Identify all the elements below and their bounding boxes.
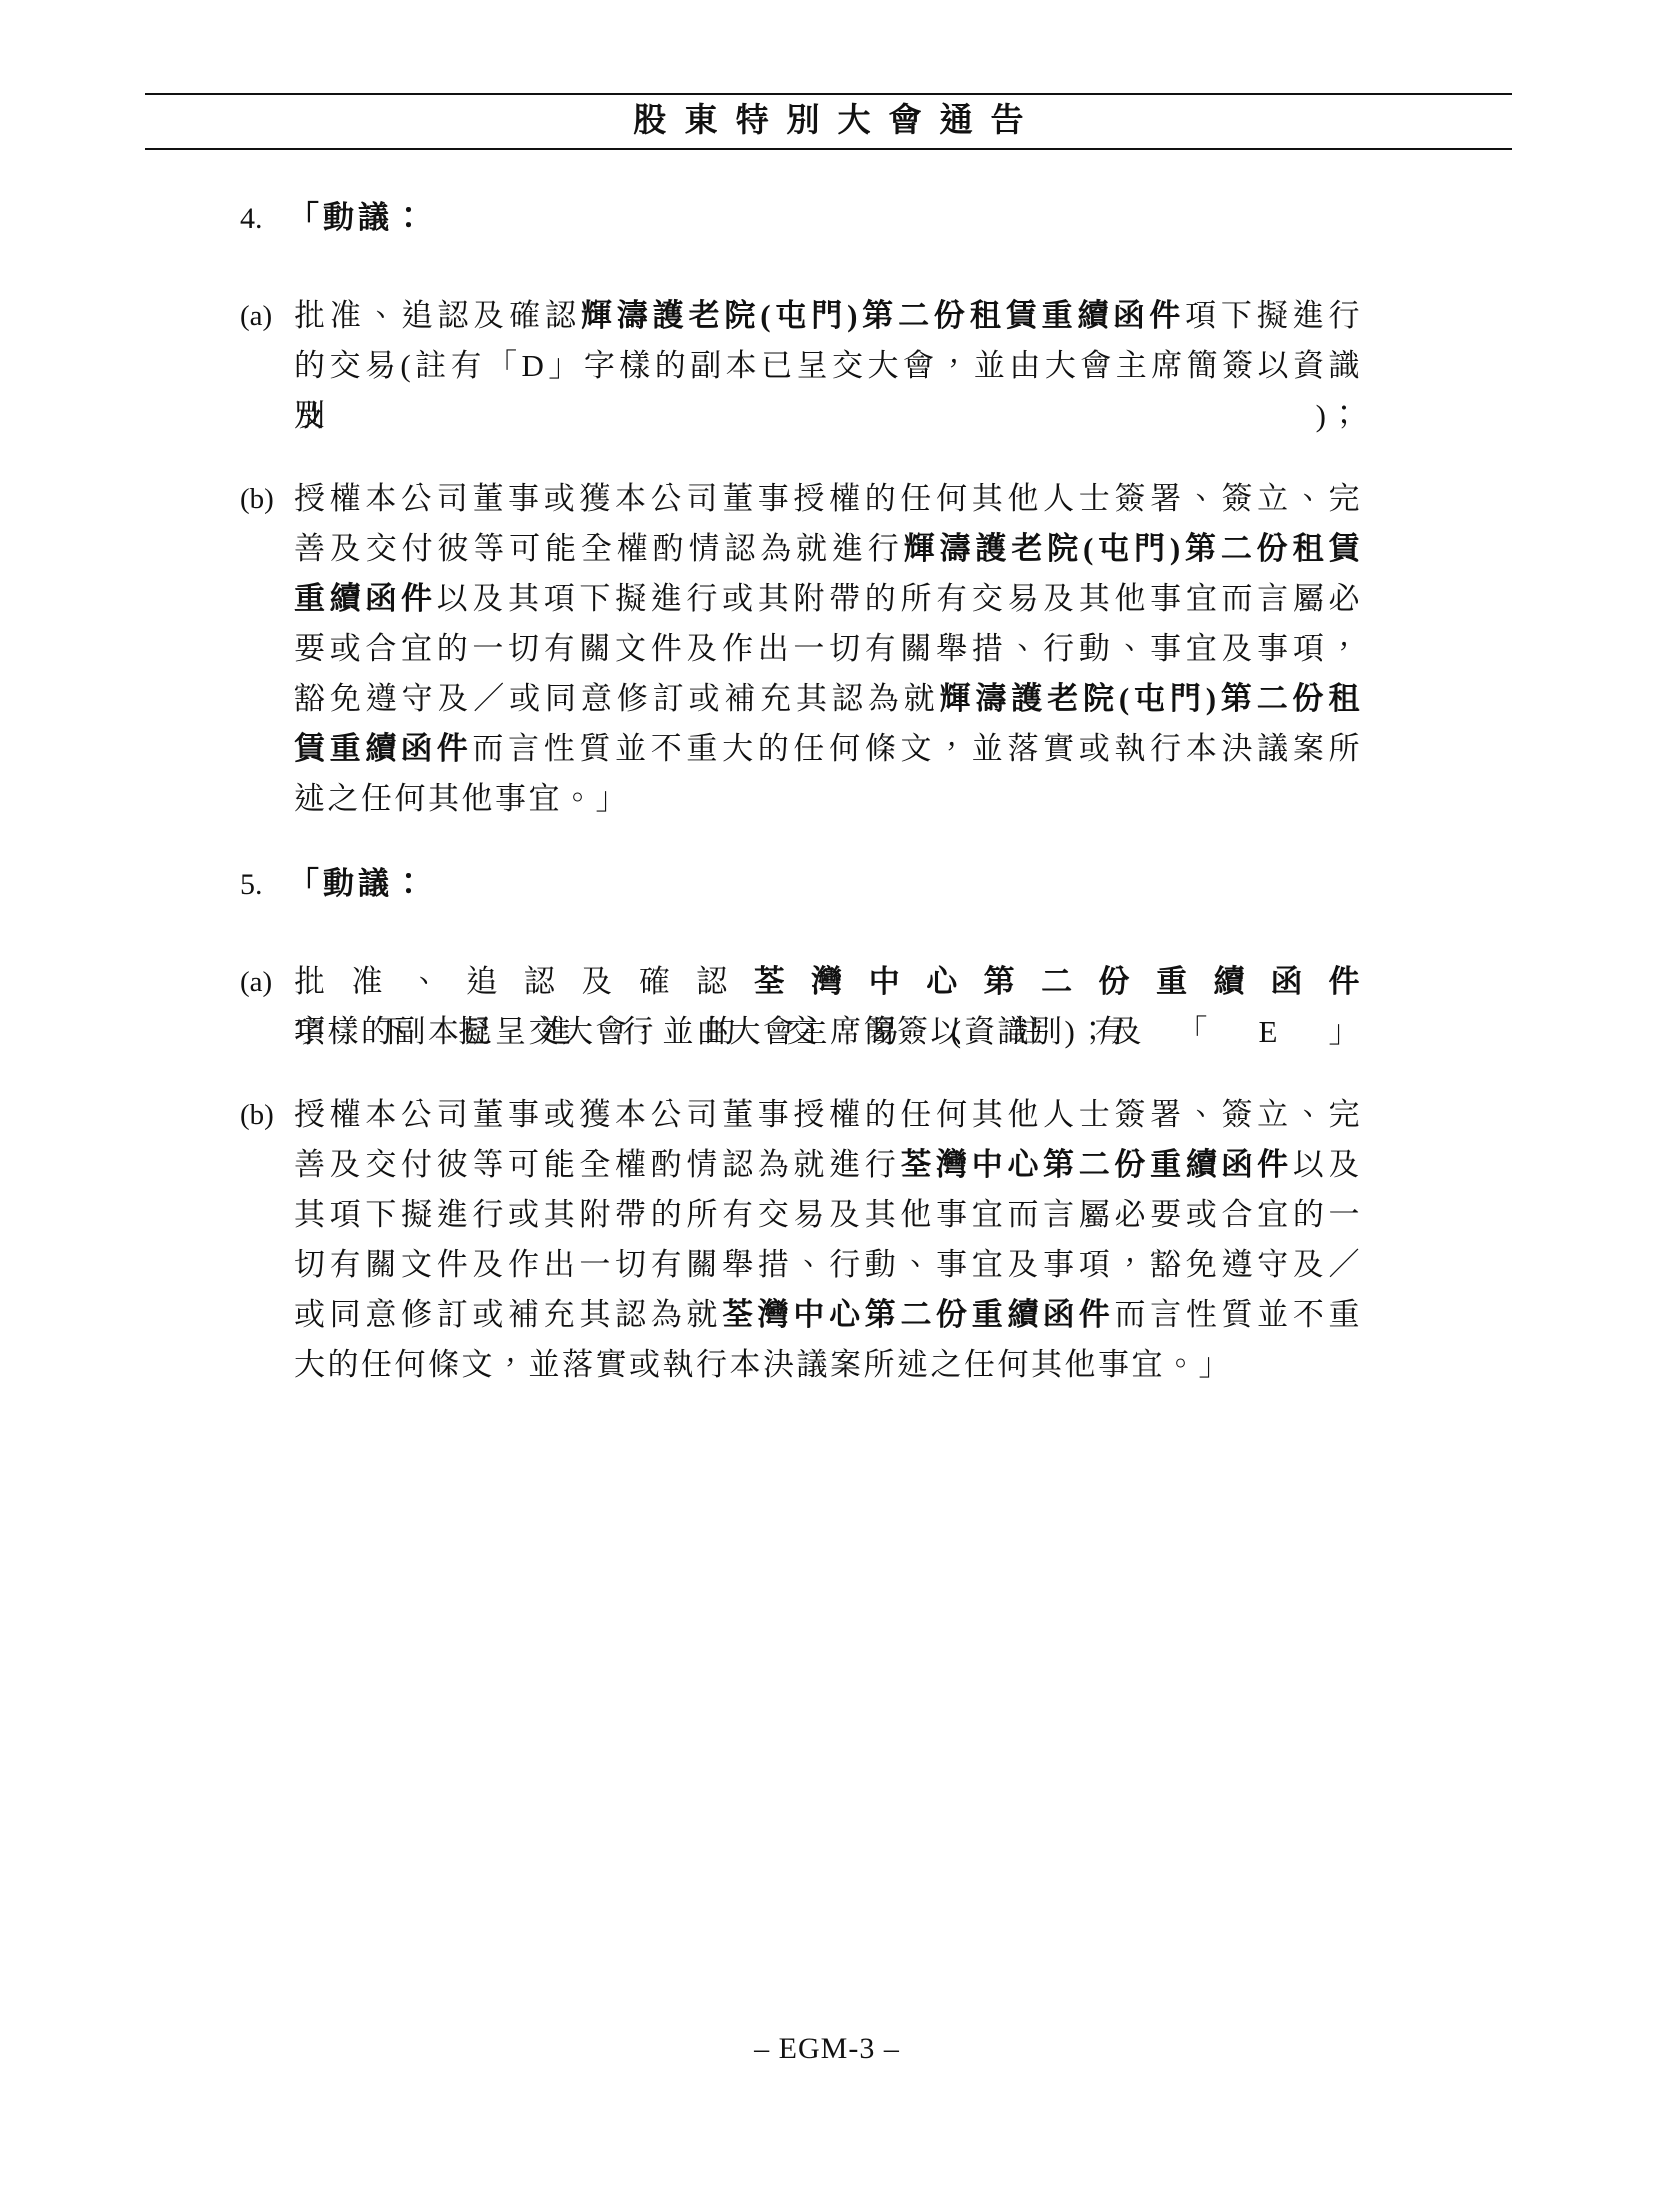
text-line: 的交易(註有「D」字樣的副本已呈交大會，並由大會主席簡簽以資識別)； — [294, 341, 1362, 391]
text-line: 批准、追認及確認輝濤護老院(屯門)第二份租賃重續函件項下擬進行 — [294, 291, 1362, 341]
text-line: 大的任何條文，並落實或執行本決議案所述之任何其他事宜。」 — [294, 1340, 1362, 1390]
resolution-5-title: 「動議： — [288, 866, 428, 901]
item-b-text: 授權本公司董事或獲本公司董事授權的任何其他人士簽署、簽立、完 善及交付彼等可能全… — [294, 1090, 1362, 1390]
resolution-4-title: 「動議： — [288, 200, 428, 235]
item-a-label: (a) — [240, 957, 294, 1057]
document-page: 股東特別大會通告 4.「動議： (a) 批准、追認及確認輝濤護老院(屯門)第二份… — [0, 0, 1654, 2205]
text-line: 切有關文件及作出一切有關舉措、行動、事宜及事項，豁免遵守及／ — [294, 1240, 1362, 1290]
resolution-4-item-a: (a) 批准、追認及確認輝濤護老院(屯門)第二份租賃重續函件項下擬進行 的交易(… — [240, 291, 1460, 441]
item-a-text: 批准、追認及確認輝濤護老院(屯門)第二份租賃重續函件項下擬進行 的交易(註有「D… — [294, 291, 1362, 441]
page-number: – EGM-3 – — [754, 2032, 900, 2065]
text-line: 豁免遵守及／或同意修訂或補充其認為就輝濤護老院(屯門)第二份租 — [294, 674, 1362, 724]
item-a-label: (a) — [240, 291, 294, 441]
resolution-5-item-a: (a) 批准、追認及確認荃灣中心第二份重續函件項下擬進行的交易(註有「E」 字樣… — [240, 957, 1460, 1057]
document-header: 股東特別大會通告 — [145, 93, 1512, 150]
page-title: 股東特別大會通告 — [145, 95, 1512, 148]
text-line: 賃重續函件而言性質並不重大的任何條文，並落實或執行本決議案所 — [294, 724, 1362, 774]
text-line: 或同意修訂或補充其認為就荃灣中心第二份重續函件而言性質並不重 — [294, 1290, 1362, 1340]
item-b-text: 授權本公司董事或獲本公司董事授權的任何其他人士簽署、簽立、完 善及交付彼等可能全… — [294, 474, 1362, 824]
resolution-5: 5.「動議： (a) 批准、追認及確認荃灣中心第二份重續函件項下擬進行的交易(註… — [240, 859, 1460, 1390]
resolution-5-heading-row: 5.「動議： — [240, 859, 1460, 910]
resolution-4-heading-row: 4.「動議： — [240, 193, 1460, 244]
page-footer: – EGM-3 – — [0, 2032, 1654, 2066]
text-line: 授權本公司董事或獲本公司董事授權的任何其他人士簽署、簽立、完 — [294, 474, 1362, 524]
text-line: 善及交付彼等可能全權酌情認為就進行荃灣中心第二份重續函件以及 — [294, 1140, 1362, 1190]
resolution-4: 4.「動議： (a) 批准、追認及確認輝濤護老院(屯門)第二份租賃重續函件項下擬… — [240, 193, 1460, 824]
text-line: 其項下擬進行或其附帶的所有交易及其他事宜而言屬必要或合宜的一 — [294, 1190, 1362, 1240]
resolution-5-item-b: (b) 授權本公司董事或獲本公司董事授權的任何其他人士簽署、簽立、完 善及交付彼… — [240, 1090, 1460, 1390]
text-line: 善及交付彼等可能全權酌情認為就進行輝濤護老院(屯門)第二份租賃 — [294, 524, 1362, 574]
item-b-label: (b) — [240, 1090, 294, 1390]
resolution-4-item-b: (b) 授權本公司董事或獲本公司董事授權的任何其他人士簽署、簽立、完 善及交付彼… — [240, 474, 1460, 824]
text-line: 述之任何其他事宜。」 — [294, 774, 1362, 824]
item-b-label: (b) — [240, 474, 294, 824]
text-line: 重續函件以及其項下擬進行或其附帶的所有交易及其他事宜而言屬必 — [294, 574, 1362, 624]
text-line: 要或合宜的一切有關文件及作出一切有關舉措、行動、事宜及事項， — [294, 624, 1362, 674]
resolution-5-number: 5. — [240, 860, 288, 910]
text-line: 批准、追認及確認荃灣中心第二份重續函件項下擬進行的交易(註有「E」 — [294, 957, 1362, 1007]
item-a-text: 批准、追認及確認荃灣中心第二份重續函件項下擬進行的交易(註有「E」 字樣的副本已… — [294, 957, 1362, 1057]
resolution-4-number: 4. — [240, 194, 288, 244]
document-body: 4.「動議： (a) 批准、追認及確認輝濤護老院(屯門)第二份租賃重續函件項下擬… — [0, 193, 1654, 1390]
text-line: 授權本公司董事或獲本公司董事授權的任何其他人士簽署、簽立、完 — [294, 1090, 1362, 1140]
